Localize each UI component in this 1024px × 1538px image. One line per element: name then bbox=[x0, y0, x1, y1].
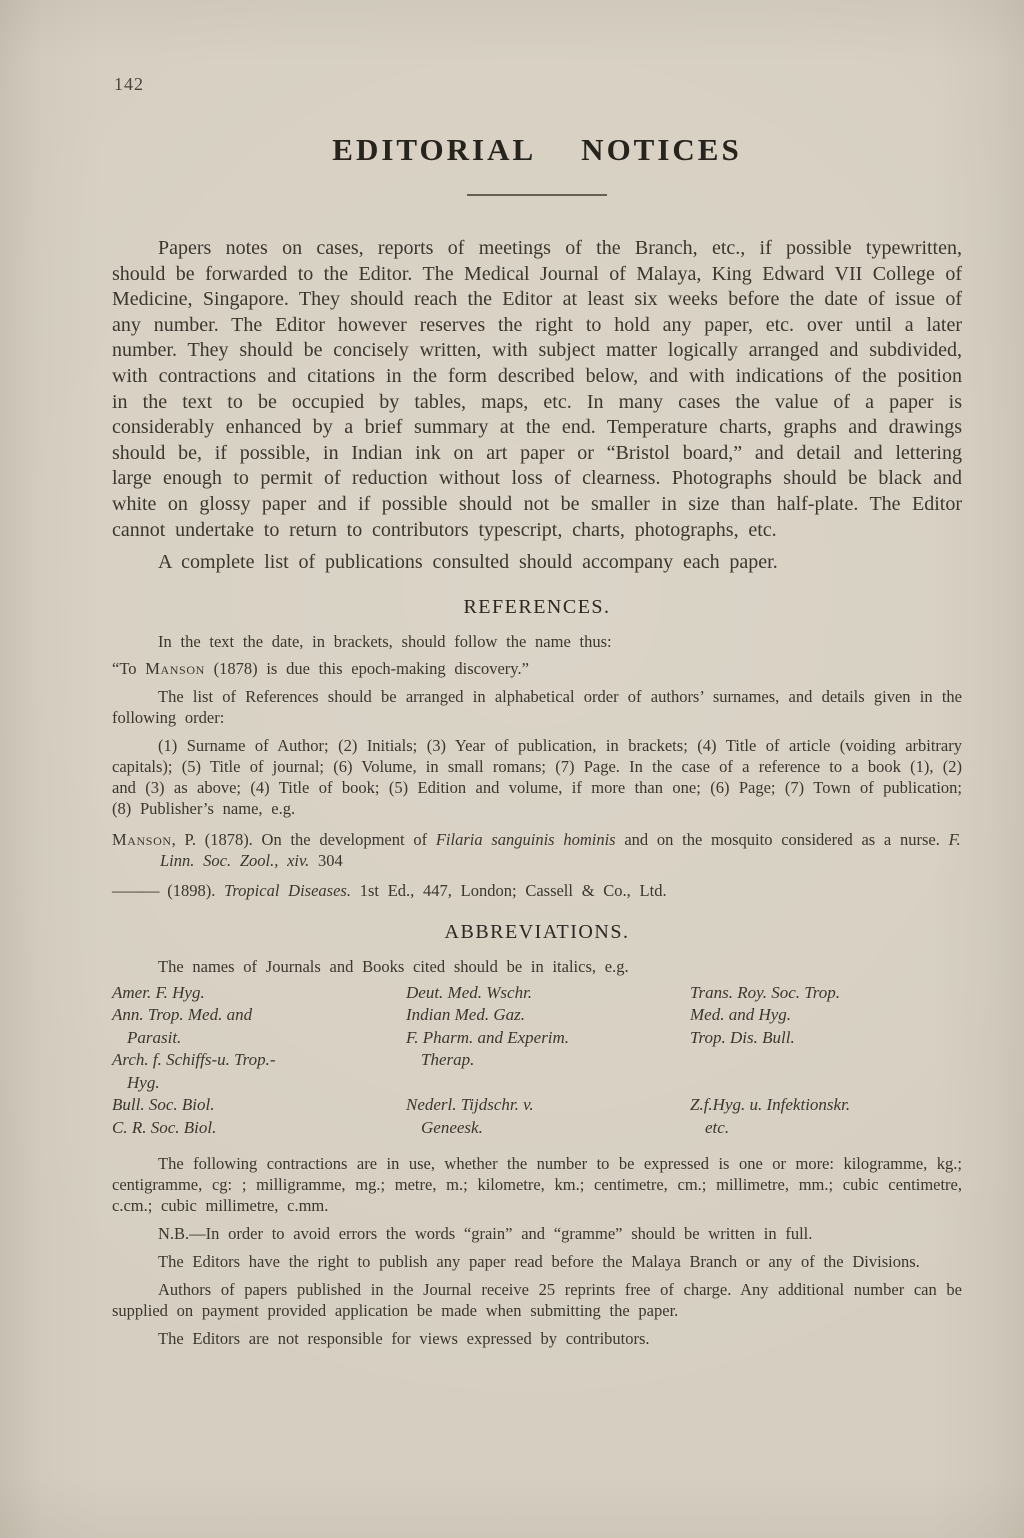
publications-list-note: A complete list of publications consulte… bbox=[112, 550, 962, 576]
reference-book-title: Tropical Diseases. bbox=[224, 881, 351, 900]
abbr-line: Z.f.Hyg. u. Infektionskr. bbox=[690, 1094, 962, 1117]
title-divider bbox=[467, 194, 607, 196]
reprints-paragraph: Authors of papers published in the Journ… bbox=[112, 1279, 962, 1321]
references-order-intro: The list of References should be arrange… bbox=[112, 686, 962, 728]
abbr-column-2: Deut. Med. Wschr. Indian Med. Gaz. F. Ph… bbox=[406, 982, 690, 1140]
abbr-line-continuation: etc. bbox=[690, 1117, 962, 1140]
abbr-line: F. Pharm. and Experim. bbox=[406, 1027, 690, 1050]
citation-example-pre: “To bbox=[112, 659, 145, 678]
disclaimer-paragraph: The Editors are not responsible for view… bbox=[112, 1328, 962, 1349]
abbr-line: C. R. Soc. Biol. bbox=[112, 1117, 406, 1140]
page-content: EDITORIAL NOTICES Papers notes on cases,… bbox=[112, 0, 962, 1349]
abbr-line-continuation: Geneesk. bbox=[406, 1117, 690, 1140]
citation-example: “To Manson (1878) is due this epoch-maki… bbox=[112, 658, 962, 679]
reference-entry-manson-1898: ——— (1898). Tropical Diseases. 1st Ed., … bbox=[112, 880, 962, 901]
abbr-column-3: Trans. Roy. Soc. Trop. Med. and Hyg. Tro… bbox=[690, 982, 962, 1140]
abbr-line: Amer. F. Hyg. bbox=[112, 982, 406, 1005]
reference-entry-manson-1878: Manson, P. (1878). On the development of… bbox=[112, 829, 962, 871]
abbr-line-continuation: Parasit. bbox=[112, 1027, 406, 1050]
abbr-line: Nederl. Tijdschr. v. bbox=[406, 1094, 690, 1117]
citation-example-post: (1878) is due this epoch-making discover… bbox=[205, 659, 529, 678]
intro-paragraph: Papers notes on cases, reports of meetin… bbox=[112, 236, 962, 543]
reference-text: , P. (1878). On the development of bbox=[172, 830, 436, 849]
reference-author: Manson bbox=[112, 830, 172, 849]
nb-paragraph: N.B.—In order to avoid errors the words … bbox=[112, 1223, 962, 1244]
abbr-line-blank bbox=[690, 1072, 962, 1095]
publish-right-paragraph: The Editors have the right to publish an… bbox=[112, 1251, 962, 1272]
reference-text: 1st Ed., 447, London; Cassell & Co., Ltd… bbox=[351, 881, 667, 900]
abbr-line: Med. and Hyg. bbox=[690, 1004, 962, 1027]
references-order-detail: (1) Surname of Author; (2) Initials; (3)… bbox=[112, 735, 962, 819]
reference-page: 304 bbox=[309, 851, 343, 870]
abbr-line: Trop. Dis. Bull. bbox=[690, 1027, 962, 1050]
abbr-line: Arch. f. Schiffs-u. Trop.- bbox=[112, 1049, 406, 1072]
page-title: EDITORIAL NOTICES bbox=[112, 132, 962, 168]
abbreviations-heading: ABBREVIATIONS. bbox=[112, 921, 962, 944]
abbr-line: Indian Med. Gaz. bbox=[406, 1004, 690, 1027]
references-lead: In the text the date, in brackets, shoul… bbox=[112, 631, 962, 652]
journal-page: 142 EDITORIAL NOTICES Papers notes on ca… bbox=[0, 0, 1024, 1538]
abbr-line: Bull. Soc. Biol. bbox=[112, 1094, 406, 1117]
abbreviations-table: Amer. F. Hyg. Ann. Trop. Med. and Parasi… bbox=[112, 982, 962, 1140]
reference-species-title: Filaria sanguinis hominis bbox=[436, 830, 616, 849]
abbr-line-continuation: Therap. bbox=[406, 1049, 690, 1072]
reference-text: (1898). bbox=[159, 881, 225, 900]
abbr-line: Trans. Roy. Soc. Trop. bbox=[690, 982, 962, 1005]
abbr-line: Ann. Trop. Med. and bbox=[112, 1004, 406, 1027]
abbr-line: Deut. Med. Wschr. bbox=[406, 982, 690, 1005]
abbreviations-lead: The names of Journals and Books cited sh… bbox=[112, 956, 962, 977]
citation-example-author: Manson bbox=[145, 659, 205, 678]
reference-text: and on the mosquito considered as a nurs… bbox=[616, 830, 949, 849]
abbr-column-1: Amer. F. Hyg. Ann. Trop. Med. and Parasi… bbox=[112, 982, 406, 1140]
references-heading: REFERENCES. bbox=[112, 596, 962, 619]
abbr-line-continuation: Hyg. bbox=[112, 1072, 406, 1095]
abbr-line-blank bbox=[406, 1072, 690, 1095]
same-author-dash: ——— bbox=[112, 881, 159, 900]
contractions-paragraph: The following contractions are in use, w… bbox=[112, 1153, 962, 1216]
abbr-line-blank bbox=[690, 1049, 962, 1072]
